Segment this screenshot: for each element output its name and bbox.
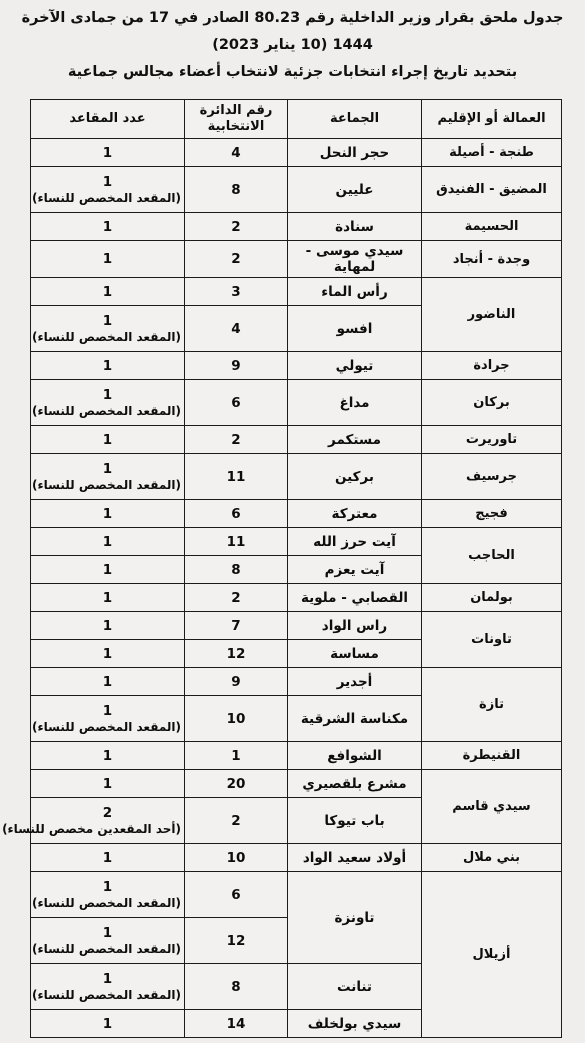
table-row: المضيق - الفنيدقعليين81(المقعد المخصص لل… — [31, 167, 562, 213]
seats-cell: 1(المقعد المخصص للنساء) — [31, 167, 185, 213]
table-row: فجيجمعتركة61 — [31, 500, 562, 528]
seats-value: 1 — [34, 506, 181, 523]
seats-value: 1 — [34, 925, 181, 942]
header-province: العمالة أو الإقليم — [422, 100, 562, 139]
seats-cell: 1(المقعد المخصص للنساء) — [31, 964, 185, 1010]
district-number-cell: 4 — [185, 139, 288, 167]
commune-cell: افسو — [288, 306, 422, 352]
district-number-cell: 9 — [185, 668, 288, 696]
seats-value: 1 — [34, 562, 181, 579]
district-number-cell: 8 — [185, 556, 288, 584]
province-cell: تازة — [422, 668, 562, 742]
table-row: تازةأجدير91 — [31, 668, 562, 696]
seats-cell: 1 — [31, 742, 185, 770]
seats-value: 1 — [34, 174, 181, 191]
elections-table: العمالة أو الإقليم الجماعة رقم الدائرة ا… — [30, 99, 562, 1038]
seats-cell: 1 — [31, 612, 185, 640]
table-row: تاوريرتمستكمر21 — [31, 426, 562, 454]
province-cell: بني ملال — [422, 844, 562, 872]
commune-cell: باب تيوكا — [288, 798, 422, 844]
seats-cell: 1(المقعد المخصص للنساء) — [31, 696, 185, 742]
table-row: جرسيفبركين111(المقعد المخصص للنساء) — [31, 454, 562, 500]
seats-note: (المقعد المخصص للنساء) — [34, 404, 181, 420]
table-body: طنجة - أصيلةحجر النحل41المضيق - الفنيدقع… — [31, 139, 562, 1038]
table-header-row: العمالة أو الإقليم الجماعة رقم الدائرة ا… — [31, 100, 562, 139]
seats-cell: 1 — [31, 352, 185, 380]
commune-cell: رأس الماء — [288, 278, 422, 306]
table-row: وجدة - أنجادسيدي موسى - لمهاية21 — [31, 241, 562, 278]
commune-cell: تيولي — [288, 352, 422, 380]
district-number-cell: 2 — [185, 426, 288, 454]
seats-value: 2 — [34, 805, 181, 822]
district-number-cell: 8 — [185, 964, 288, 1010]
seats-value: 1 — [34, 703, 181, 720]
seats-value: 1 — [34, 674, 181, 691]
header-seats: عدد المقاعد — [31, 100, 185, 139]
province-cell: بولمان — [422, 584, 562, 612]
district-number-cell: 8 — [185, 167, 288, 213]
seats-cell: 1 — [31, 241, 185, 278]
district-number-cell: 11 — [185, 528, 288, 556]
seats-note: (المقعد المخصص للنساء) — [34, 896, 181, 912]
table-row: جرادةتيولي91 — [31, 352, 562, 380]
district-number-cell: 2 — [185, 213, 288, 241]
district-number-cell: 9 — [185, 352, 288, 380]
seats-note: (المقعد المخصص للنساء) — [34, 330, 181, 346]
seats-value: 1 — [34, 776, 181, 793]
district-number-cell: 10 — [185, 696, 288, 742]
seats-value: 1 — [34, 313, 181, 330]
province-cell: الحاجب — [422, 528, 562, 584]
commune-cell: القصابي - ملوية — [288, 584, 422, 612]
seats-cell: 1 — [31, 500, 185, 528]
seats-cell: 1(المقعد المخصص للنساء) — [31, 306, 185, 352]
seats-cell: 1 — [31, 668, 185, 696]
district-number-cell: 6 — [185, 872, 288, 918]
commune-cell: آيت حرز الله — [288, 528, 422, 556]
seats-note: (المقعد المخصص للنساء) — [34, 720, 181, 736]
seats-cell: 1(المقعد المخصص للنساء) — [31, 454, 185, 500]
commune-cell: مستكمر — [288, 426, 422, 454]
province-cell: بركان — [422, 380, 562, 426]
commune-cell: مساسة — [288, 640, 422, 668]
seats-cell: 1 — [31, 640, 185, 668]
header-commune: الجماعة — [288, 100, 422, 139]
district-number-cell: 14 — [185, 1010, 288, 1038]
commune-cell: أولاد سعيد الواد — [288, 844, 422, 872]
table-row: الناضوررأس الماء31 — [31, 278, 562, 306]
seats-value: 1 — [34, 590, 181, 607]
district-number-cell: 20 — [185, 770, 288, 798]
commune-cell: سنادة — [288, 213, 422, 241]
document-title: جدول ملحق بقرار وزير الداخلية رقم 80.23 … — [0, 0, 585, 85]
table-row: تاوناتراس الواد71 — [31, 612, 562, 640]
district-number-cell: 1 — [185, 742, 288, 770]
table-row: سيدي قاسممشرع بلقصيري201 — [31, 770, 562, 798]
seats-cell: 1 — [31, 139, 185, 167]
seats-value: 1 — [34, 646, 181, 663]
table-header: العمالة أو الإقليم الجماعة رقم الدائرة ا… — [31, 100, 562, 139]
province-cell: تاوريرت — [422, 426, 562, 454]
commune-cell: مشرع بلقصيري — [288, 770, 422, 798]
seats-cell: 1 — [31, 528, 185, 556]
seats-cell: 1(المقعد المخصص للنساء) — [31, 918, 185, 964]
seats-note: (المقعد المخصص للنساء) — [34, 942, 181, 958]
commune-cell: راس الواد — [288, 612, 422, 640]
seats-cell: 2(أحد المقعدين مخصص للنساء) — [31, 798, 185, 844]
seats-value: 1 — [34, 251, 181, 268]
seats-value: 1 — [34, 145, 181, 162]
seats-cell: 1 — [31, 278, 185, 306]
seats-note: (أحد المقعدين مخصص للنساء) — [34, 822, 181, 838]
district-number-cell: 6 — [185, 380, 288, 426]
seats-cell: 1 — [31, 584, 185, 612]
commune-cell: سيدي بولخلف — [288, 1010, 422, 1038]
province-cell: سيدي قاسم — [422, 770, 562, 844]
seats-value: 1 — [34, 850, 181, 867]
seats-note: (المقعد المخصص للنساء) — [34, 988, 181, 1004]
province-cell: المضيق - الفنيدق — [422, 167, 562, 213]
seats-value: 1 — [34, 219, 181, 236]
document-title-line2: بتحديد تاريخ إجراء انتخابات جزئية لانتخا… — [0, 59, 585, 86]
province-cell: الحسيمة — [422, 213, 562, 241]
table-row: طنجة - أصيلةحجر النحل41 — [31, 139, 562, 167]
province-cell: جرسيف — [422, 454, 562, 500]
seats-value: 1 — [34, 432, 181, 449]
district-number-cell: 12 — [185, 640, 288, 668]
commune-cell: تاونزة — [288, 872, 422, 964]
commune-cell: حجر النحل — [288, 139, 422, 167]
commune-cell: مكناسة الشرقية — [288, 696, 422, 742]
seats-note: (المقعد المخصص للنساء) — [34, 191, 181, 207]
district-number-cell: 2 — [185, 798, 288, 844]
seats-cell: 1 — [31, 844, 185, 872]
scanned-document-page: جدول ملحق بقرار وزير الداخلية رقم 80.23 … — [0, 0, 585, 1043]
seats-value: 1 — [34, 618, 181, 635]
commune-cell: أجدير — [288, 668, 422, 696]
commune-cell: عليين — [288, 167, 422, 213]
seats-note: (المقعد المخصص للنساء) — [34, 478, 181, 494]
district-number-cell: 10 — [185, 844, 288, 872]
table-row: القنيطرةالشوافع11 — [31, 742, 562, 770]
seats-value: 1 — [34, 534, 181, 551]
seats-value: 1 — [34, 971, 181, 988]
district-number-cell: 2 — [185, 584, 288, 612]
commune-cell: سيدي موسى - لمهاية — [288, 241, 422, 278]
commune-cell: مداغ — [288, 380, 422, 426]
seats-value: 1 — [34, 387, 181, 404]
seats-cell: 1 — [31, 1010, 185, 1038]
province-cell: أزيلال — [422, 872, 562, 1038]
seats-cell: 1 — [31, 770, 185, 798]
commune-cell: آيت يعزم — [288, 556, 422, 584]
seats-value: 1 — [34, 1016, 181, 1033]
commune-cell: الشوافع — [288, 742, 422, 770]
table-row: بني ملالأولاد سعيد الواد101 — [31, 844, 562, 872]
seats-cell: 1 — [31, 556, 185, 584]
table-row: بولمانالقصابي - ملوية21 — [31, 584, 562, 612]
seats-value: 1 — [34, 879, 181, 896]
province-cell: تاونات — [422, 612, 562, 668]
district-number-cell: 6 — [185, 500, 288, 528]
commune-cell: بركين — [288, 454, 422, 500]
district-number-cell: 2 — [185, 241, 288, 278]
district-number-cell: 7 — [185, 612, 288, 640]
seats-value: 1 — [34, 358, 181, 375]
seats-value: 1 — [34, 284, 181, 301]
province-cell: الناضور — [422, 278, 562, 352]
table-row: الحسيمةسنادة21 — [31, 213, 562, 241]
seats-cell: 1(المقعد المخصص للنساء) — [31, 872, 185, 918]
seats-cell: 1 — [31, 213, 185, 241]
district-number-cell: 3 — [185, 278, 288, 306]
district-number-cell: 12 — [185, 918, 288, 964]
district-number-cell: 4 — [185, 306, 288, 352]
commune-cell: تنانت — [288, 964, 422, 1010]
table-row: أزيلالتاونزة61(المقعد المخصص للنساء) — [31, 872, 562, 918]
table-row: الحاجبآيت حرز الله111 — [31, 528, 562, 556]
district-number-cell: 11 — [185, 454, 288, 500]
province-cell: القنيطرة — [422, 742, 562, 770]
commune-cell: معتركة — [288, 500, 422, 528]
province-cell: جرادة — [422, 352, 562, 380]
document-title-line1: جدول ملحق بقرار وزير الداخلية رقم 80.23 … — [0, 5, 585, 59]
seats-cell: 1 — [31, 426, 185, 454]
province-cell: فجيج — [422, 500, 562, 528]
seats-value: 1 — [34, 461, 181, 478]
province-cell: وجدة - أنجاد — [422, 241, 562, 278]
header-district-number: رقم الدائرة الانتخابية — [185, 100, 288, 139]
seats-value: 1 — [34, 748, 181, 765]
table-row: بركانمداغ61(المقعد المخصص للنساء) — [31, 380, 562, 426]
province-cell: طنجة - أصيلة — [422, 139, 562, 167]
seats-cell: 1(المقعد المخصص للنساء) — [31, 380, 185, 426]
